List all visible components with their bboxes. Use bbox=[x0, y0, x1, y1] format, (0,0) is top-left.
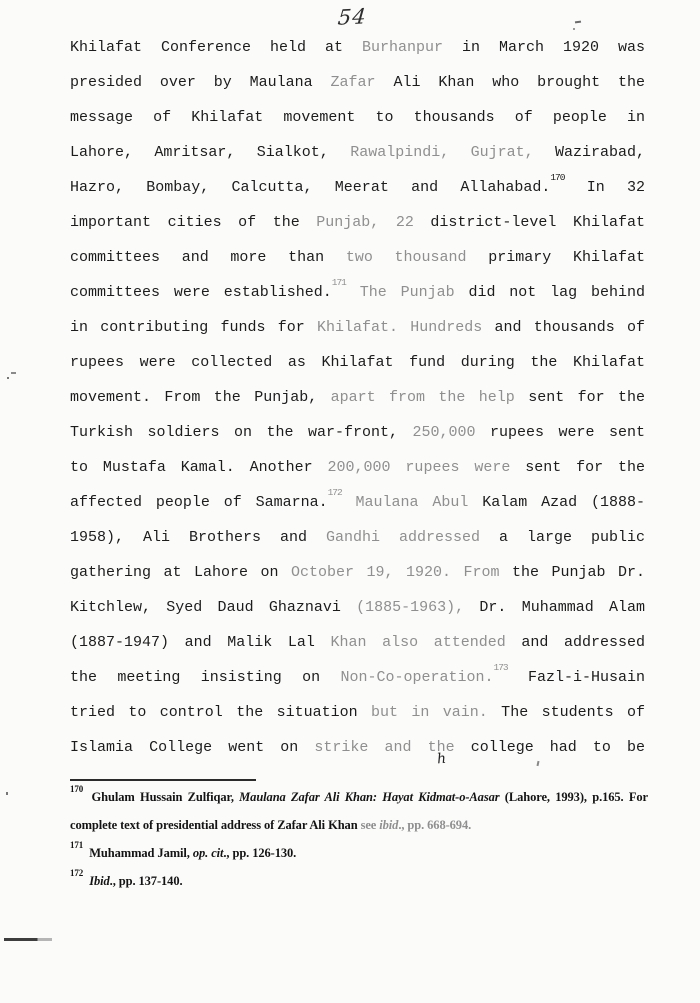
body-line: tried to control the situation but in va… bbox=[70, 695, 645, 730]
footnote-line: 170 Ghulam Hussain Zulfiqar, Maulana Zaf… bbox=[70, 783, 648, 811]
footnote-line: 171 Muhammad Jamil, op. cit., pp. 126-13… bbox=[70, 839, 648, 867]
body-line: Kitchlew, Syed Daud Ghaznavi (1885-1963)… bbox=[70, 590, 645, 625]
body-line: committees were established.171 The Punj… bbox=[70, 275, 645, 310]
body-line: in contributing funds for Khilafat. Hund… bbox=[70, 310, 645, 345]
footnote-line: complete text of presidential address of… bbox=[70, 811, 648, 839]
body-line: Khilafat Conference held at Burhanpur in… bbox=[70, 30, 645, 65]
body-line: 1958), Ali Brothers and Gandhi addressed… bbox=[70, 520, 645, 555]
footnotes: 170 Ghulam Hussain Zulfiqar, Maulana Zaf… bbox=[70, 783, 648, 895]
footnote-line: 172 Ibid., pp. 137-140. bbox=[70, 867, 648, 895]
page-number: 54 bbox=[337, 4, 368, 29]
handwritten-h-annotation: h bbox=[436, 751, 447, 768]
body-line: Hazro, Bombay, Calcutta, Meerat and Alla… bbox=[70, 170, 645, 205]
body-line: to Mustafa Kamal. Another 200,000 rupees… bbox=[70, 450, 645, 485]
footnote-separator bbox=[70, 779, 256, 781]
stray-mark-top-right-dash bbox=[575, 21, 581, 24]
body-line: affected people of Samarna.172 Maulana A… bbox=[70, 485, 645, 520]
body-line: message of Khilafat movement to thousand… bbox=[70, 100, 645, 135]
body-line: Turkish soldiers on the war-front, 250,0… bbox=[70, 415, 645, 450]
body-line: Islamia College went on strike and the c… bbox=[70, 730, 645, 765]
body-line: important cities of the Punjab, 22 distr… bbox=[70, 205, 645, 240]
stray-mark-left-margin-dot bbox=[7, 377, 9, 379]
stray-mark-bottom-left-line bbox=[4, 938, 52, 941]
stray-mark-left-margin-tick bbox=[11, 372, 16, 374]
body-line: gathering at Lahore on October 19, 1920.… bbox=[70, 555, 645, 590]
body-line: movement. From the Punjab, apart from th… bbox=[70, 380, 645, 415]
body-line: the meeting insisting on Non-Co-operatio… bbox=[70, 660, 645, 695]
body-line: committees and more than two thousand pr… bbox=[70, 240, 645, 275]
body-text: Khilafat Conference held at Burhanpur in… bbox=[70, 30, 645, 765]
body-line: (1887-1947) and Malik Lal Khan also atte… bbox=[70, 625, 645, 660]
body-line: Lahore, Amritsar, Sialkot, Rawalpindi, G… bbox=[70, 135, 645, 170]
body-line: rupees were collected as Khilafat fund d… bbox=[70, 345, 645, 380]
stray-mark-top-right-dot bbox=[573, 28, 575, 30]
stray-mark-footnote-left-dot bbox=[6, 792, 8, 795]
body-line: presided over by Maulana Zafar Ali Khan … bbox=[70, 65, 645, 100]
